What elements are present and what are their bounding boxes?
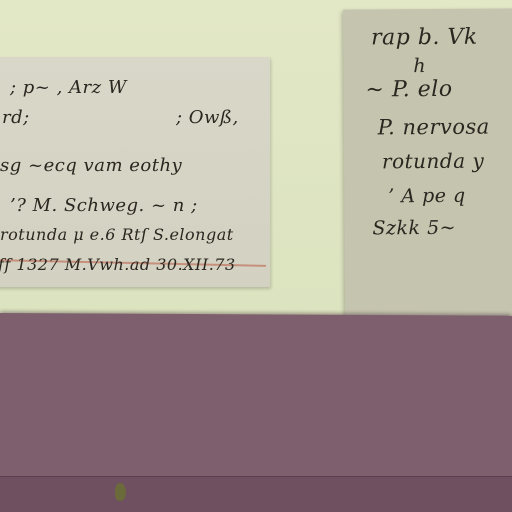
handwritten-line: ; p~ , Arz W bbox=[10, 79, 127, 97]
handwritten-line: rotunda μ e.6 Rtſ S.elongat bbox=[0, 227, 234, 243]
handwritten-line: rotunda y bbox=[382, 151, 484, 172]
handwritten-line: rap b. Vk bbox=[371, 27, 478, 50]
purple-folder-edge bbox=[0, 476, 512, 512]
debris-fragment bbox=[115, 483, 126, 501]
handwritten-line: ; Owß, bbox=[176, 109, 239, 127]
handwritten-line: ff 1327 M.Vwh.ad 30.XII.73 bbox=[0, 257, 236, 273]
handwritten-line: h bbox=[413, 57, 426, 76]
handwritten-line: P. nervosa bbox=[378, 117, 490, 139]
handwritten-line: ’ A pe q bbox=[388, 187, 466, 207]
handwritten-line: rd; bbox=[2, 109, 30, 127]
handwritten-line: ’? M. Schweg. ~ n ; bbox=[10, 197, 198, 215]
herbarium-label-left: ; p~ , Arz W rd; ; Owß, sg ~ecq vam eoth… bbox=[0, 57, 270, 287]
handwritten-line: Szkk 5~ bbox=[372, 219, 456, 239]
handwritten-line: sg ~ecq vam eothy bbox=[0, 157, 182, 175]
handwritten-line: ~ P. elo bbox=[365, 79, 452, 102]
herbarium-label-right: rap b. Vk h ~ P. elo P. nervosa rotunda … bbox=[343, 8, 512, 319]
